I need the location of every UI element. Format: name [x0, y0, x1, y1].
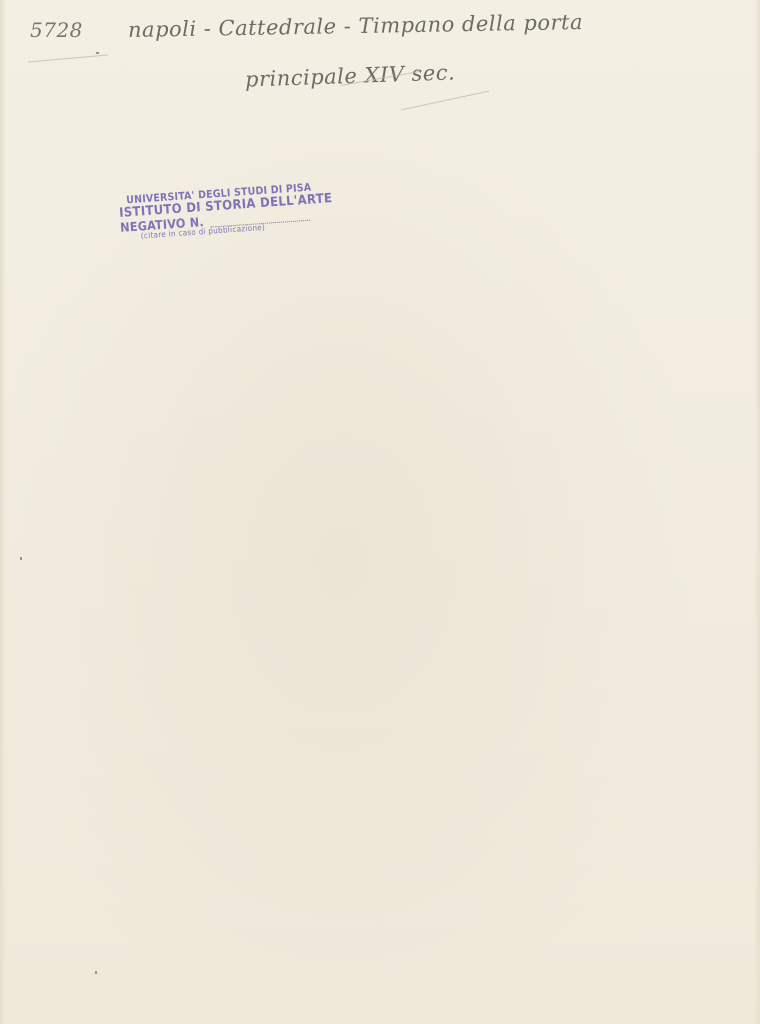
handwritten-caption-line1: napoli - Cattedrale - Timpano della port…: [128, 10, 583, 42]
photo-back-sheet: 5728 napoli - Cattedrale - Timpano della…: [0, 0, 760, 1024]
paper-speck: [96, 52, 99, 54]
paper-speck: [20, 557, 22, 560]
pencil-stroke: [28, 55, 108, 63]
paper-right-edge: [754, 0, 760, 1024]
paper-speck: [95, 971, 97, 974]
institution-stamp: UNIVERSITA' DEGLI STUDI DI PISA ISTITUTO…: [118, 181, 334, 242]
paper-left-edge: [0, 0, 6, 1024]
inventory-number: 5728: [30, 18, 83, 42]
handwritten-caption-line2: principale XIV sec.: [245, 60, 456, 91]
pencil-stroke: [401, 91, 489, 111]
